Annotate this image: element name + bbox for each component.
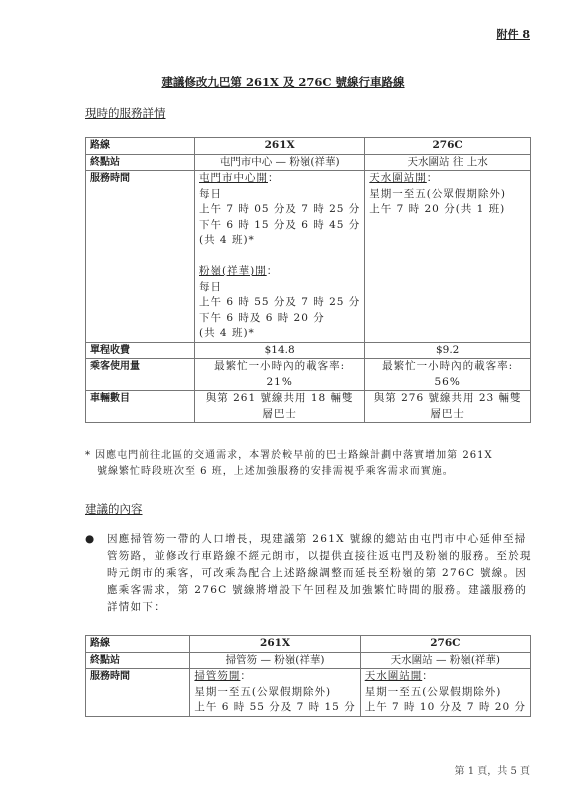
row-label: 服務時間 <box>86 669 190 717</box>
route-276C-header: 276C <box>360 636 530 653</box>
table-row: 乘客使用量 最繁忙一小時內的載客率: 21% 最繁忙一小時內的載客率: 56% <box>86 359 531 391</box>
table-row: 車輛數目 與第 261 號線共用 18 輛雙 層巴士 與第 276 號線共用 2… <box>86 391 531 423</box>
page-indicator: 第 1 頁，共 5 頁 <box>455 762 530 777</box>
fleet-261X: 與第 261 號線共用 18 輛雙 層巴士 <box>195 391 365 423</box>
current-service-table: 路線 261X 276C 終點站 屯門市中心 — 粉嶺(祥華) 天水圍站 往 上… <box>85 137 531 423</box>
hours-261X: 掃管笏開： 星期一至五(公眾假期除外) 上午 6 時 55 分及 7 時 15 … <box>190 669 360 717</box>
proposed-service-table: 路線 261X 276C 終點站 掃管笏 — 粉嶺(祥華) 天水圍站 — 粉嶺(… <box>85 635 531 717</box>
termini-261X: 掃管笏 — 粉嶺(祥華) <box>190 652 360 669</box>
table-row: 終點站 屯門市中心 — 粉嶺(祥華) 天水圍站 往 上水 <box>86 154 531 171</box>
hours-276C: 天水圍站開： 星期一至五(公眾假期除外) 上午 7 時 20 分(共 1 班) <box>365 171 531 343</box>
proposal-paragraph: ● 因應掃管笏一帶的人口增長，現建議第 261X 號線的總站由屯門市中心延伸至掃… <box>85 531 535 616</box>
hours-261X: 屯門市中心開： 每日 上午 7 時 05 分及 7 時 25 分 下午 6 時 … <box>195 171 365 343</box>
termini-261X: 屯門市中心 — 粉嶺(祥華) <box>195 154 365 171</box>
document-title: 建議修改九巴第 261X 及 276C 號線行車路線 <box>0 74 566 90</box>
route-261X-header: 261X <box>195 138 365 155</box>
bullet-icon: ● <box>85 531 95 548</box>
table-row: 路線 261X 276C <box>86 138 531 155</box>
patronage-261X: 最繁忙一小時內的載客率: 21% <box>195 359 365 391</box>
fare-276C: $9.2 <box>365 342 531 359</box>
section-heading-current: 現時的服務詳情 <box>85 105 166 121</box>
table-row: 終點站 掃管笏 — 粉嶺(祥華) 天水圍站 — 粉嶺(祥華) <box>86 652 531 669</box>
route-276C-header: 276C <box>365 138 531 155</box>
row-label: 乘客使用量 <box>86 359 195 391</box>
termini-276C: 天水圍站 往 上水 <box>365 154 531 171</box>
row-label: 路線 <box>86 138 195 155</box>
route-261X-header: 261X <box>190 636 360 653</box>
annex-label: 附件 8 <box>497 26 530 42</box>
row-label: 終點站 <box>86 652 190 669</box>
section-heading-proposal: 建議的內容 <box>85 501 143 517</box>
row-label: 服務時間 <box>86 171 195 343</box>
row-label: 車輛數目 <box>86 391 195 423</box>
hours-276C: 天水圍站開： 星期一至五(公眾假期除外) 上午 7 時 10 分及 7 時 20… <box>360 669 530 717</box>
patronage-276C: 最繁忙一小時內的載客率: 56% <box>365 359 531 391</box>
table-row: 路線 261X 276C <box>86 636 531 653</box>
row-label: 終點站 <box>86 154 195 171</box>
row-label: 單程收費 <box>86 342 195 359</box>
fare-261X: $14.8 <box>195 342 365 359</box>
footnote: * 因應屯門前往北區的交通需求，本署於較早前的巴士路線計劃中落實增加第 261X… <box>85 448 535 480</box>
table-row: 服務時間 掃管笏開： 星期一至五(公眾假期除外) 上午 6 時 55 分及 7 … <box>86 669 531 717</box>
fleet-276C: 與第 276 號線共用 23 輛雙 層巴士 <box>365 391 531 423</box>
table-row: 單程收費 $14.8 $9.2 <box>86 342 531 359</box>
row-label: 路線 <box>86 636 190 653</box>
termini-276C: 天水圍站 — 粉嶺(祥華) <box>360 652 530 669</box>
table-row: 服務時間 屯門市中心開： 每日 上午 7 時 05 分及 7 時 25 分 下午… <box>86 171 531 343</box>
